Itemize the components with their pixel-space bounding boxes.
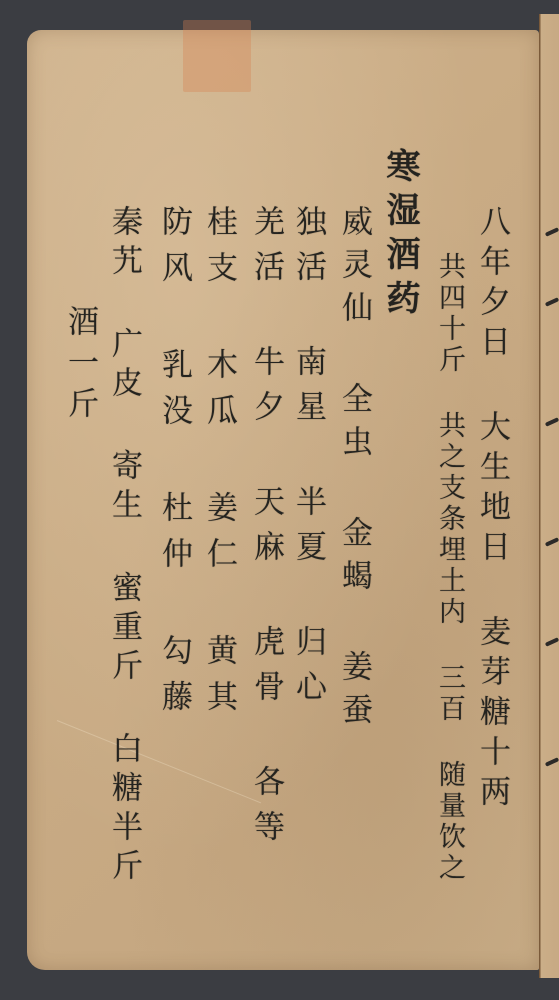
column-text-5: 独活 南星 半夏 归心 <box>292 205 323 715</box>
adjacent-page-edge <box>539 14 559 978</box>
column-text-2: 共四十斤 共之支条埋土内 三百 随量饮之 <box>436 252 463 884</box>
column-text-10: 酒一斤 <box>64 305 95 428</box>
paper-crease <box>57 720 261 803</box>
column-text-8: 防风 乳没 杜仲 勾藤 <box>158 205 189 726</box>
red-seal-stamp <box>183 20 251 92</box>
column-text-7: 桂支 木瓜 姜仁 黄其 <box>203 205 234 726</box>
column-text-9: 秦艽 广皮 寄生 蜜重斤 白糖半斤 <box>108 205 139 888</box>
column-text-4: 威灵仙 全虫 金蝎 姜蚕 <box>338 205 369 736</box>
column-text-1: 八年夕日 大生地日 麦芽糖十两 <box>476 205 507 815</box>
recipe-title: 寒湿酒药 <box>383 148 417 324</box>
column-text-6: 羌活 牛夕 天麻 虎骨 各等 <box>250 205 281 855</box>
